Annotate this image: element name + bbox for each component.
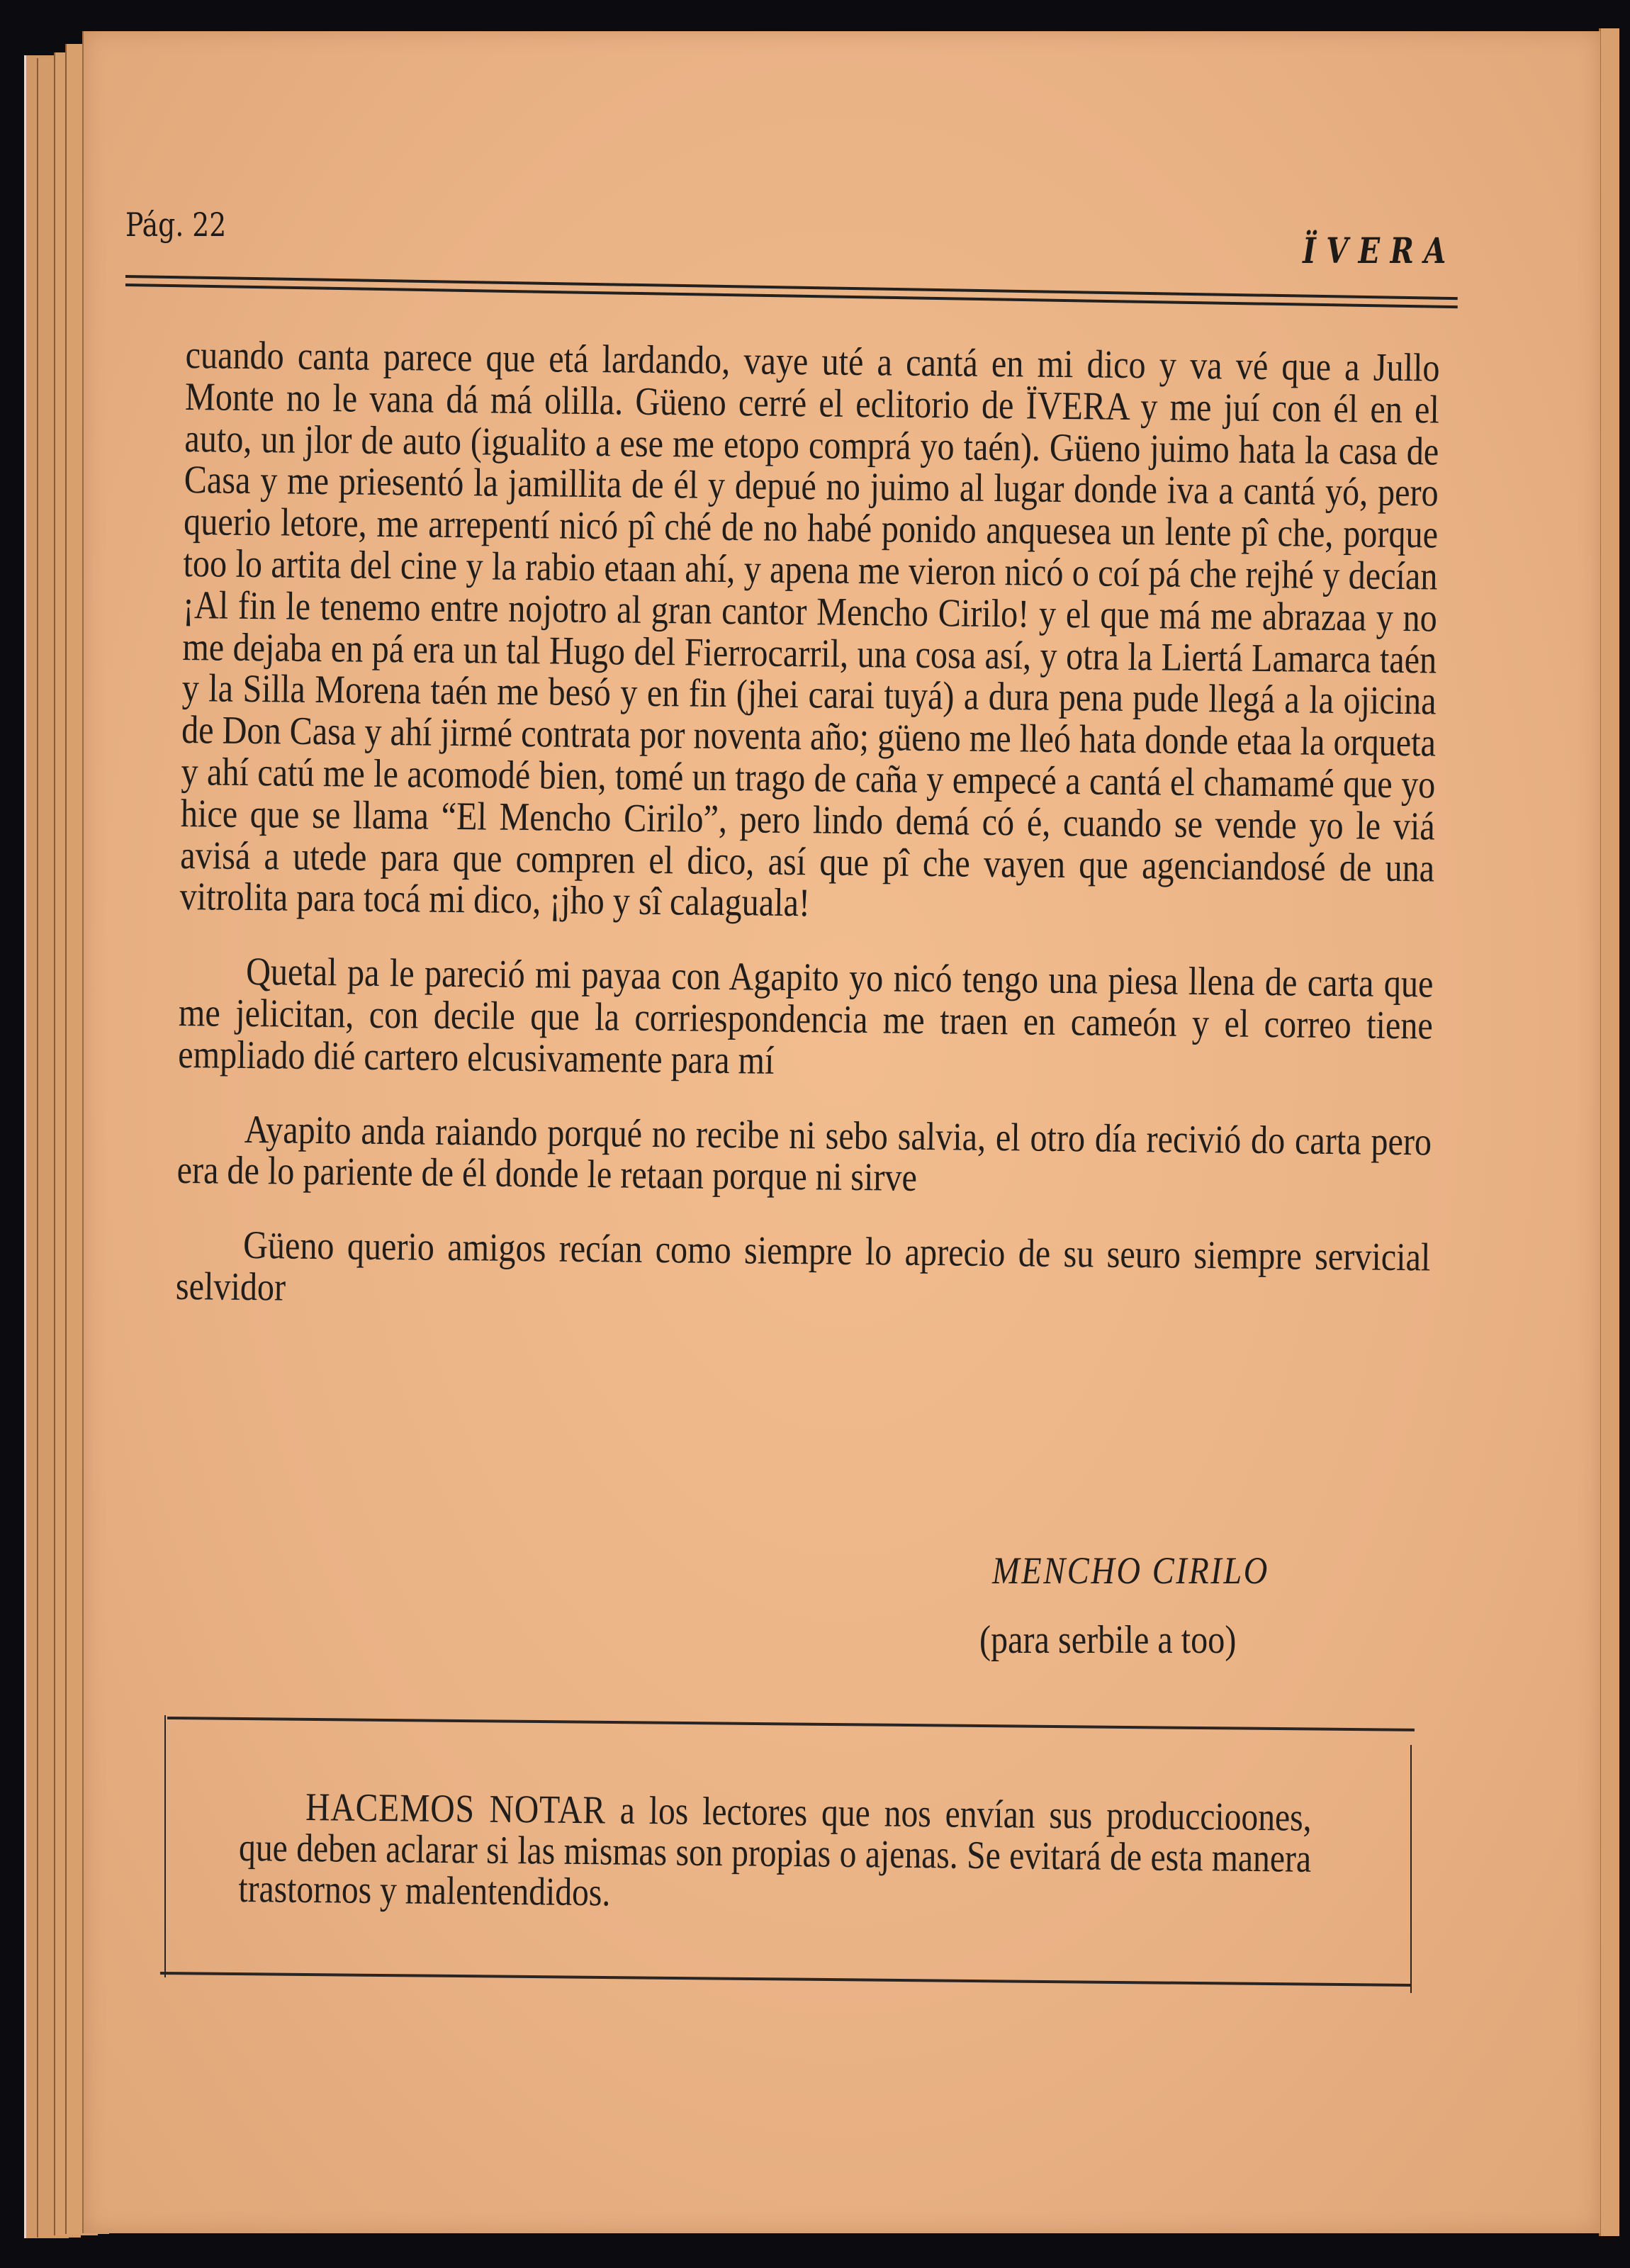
page-header: Pág. 22 ÏVERA	[125, 206, 1458, 305]
article-body: cuando canta parece que etá lardando, va…	[176, 335, 1264, 1319]
box-border-top	[167, 1717, 1415, 1731]
article-paragraph: Quetal pa le pareció mi payaa con Agapit…	[178, 950, 1434, 1089]
author-signature: MENCHO CIRILO	[992, 1549, 1269, 1593]
article-paragraph: Güeno querio amigos recían como siempre …	[176, 1224, 1431, 1320]
box-border-right	[1410, 1745, 1412, 1993]
editorial-notice-box: HACEMOS NOTAR a los lectores que nos env…	[160, 1710, 1412, 1983]
article-paragraph: Ayapito anda raiando porqué no recibe ni…	[176, 1108, 1432, 1204]
scanned-page: Pág. 22 ÏVERA cuando canta parece que et…	[0, 0, 1630, 2268]
magazine-title: ÏVERA	[1303, 230, 1456, 271]
box-border-left	[164, 1715, 166, 1977]
notice-text: HACEMOS NOTAR a los lectores que nos env…	[238, 1786, 1312, 1921]
page-edge-right	[1599, 28, 1619, 2236]
signature-note: (para serbile a too)	[979, 1617, 1236, 1663]
notice-lead: HACEMOS NOTAR	[305, 1785, 606, 1832]
page-number: Pág. 22	[125, 206, 226, 244]
article-paragraph: cuando canta parece que etá lardando, va…	[179, 335, 1439, 931]
